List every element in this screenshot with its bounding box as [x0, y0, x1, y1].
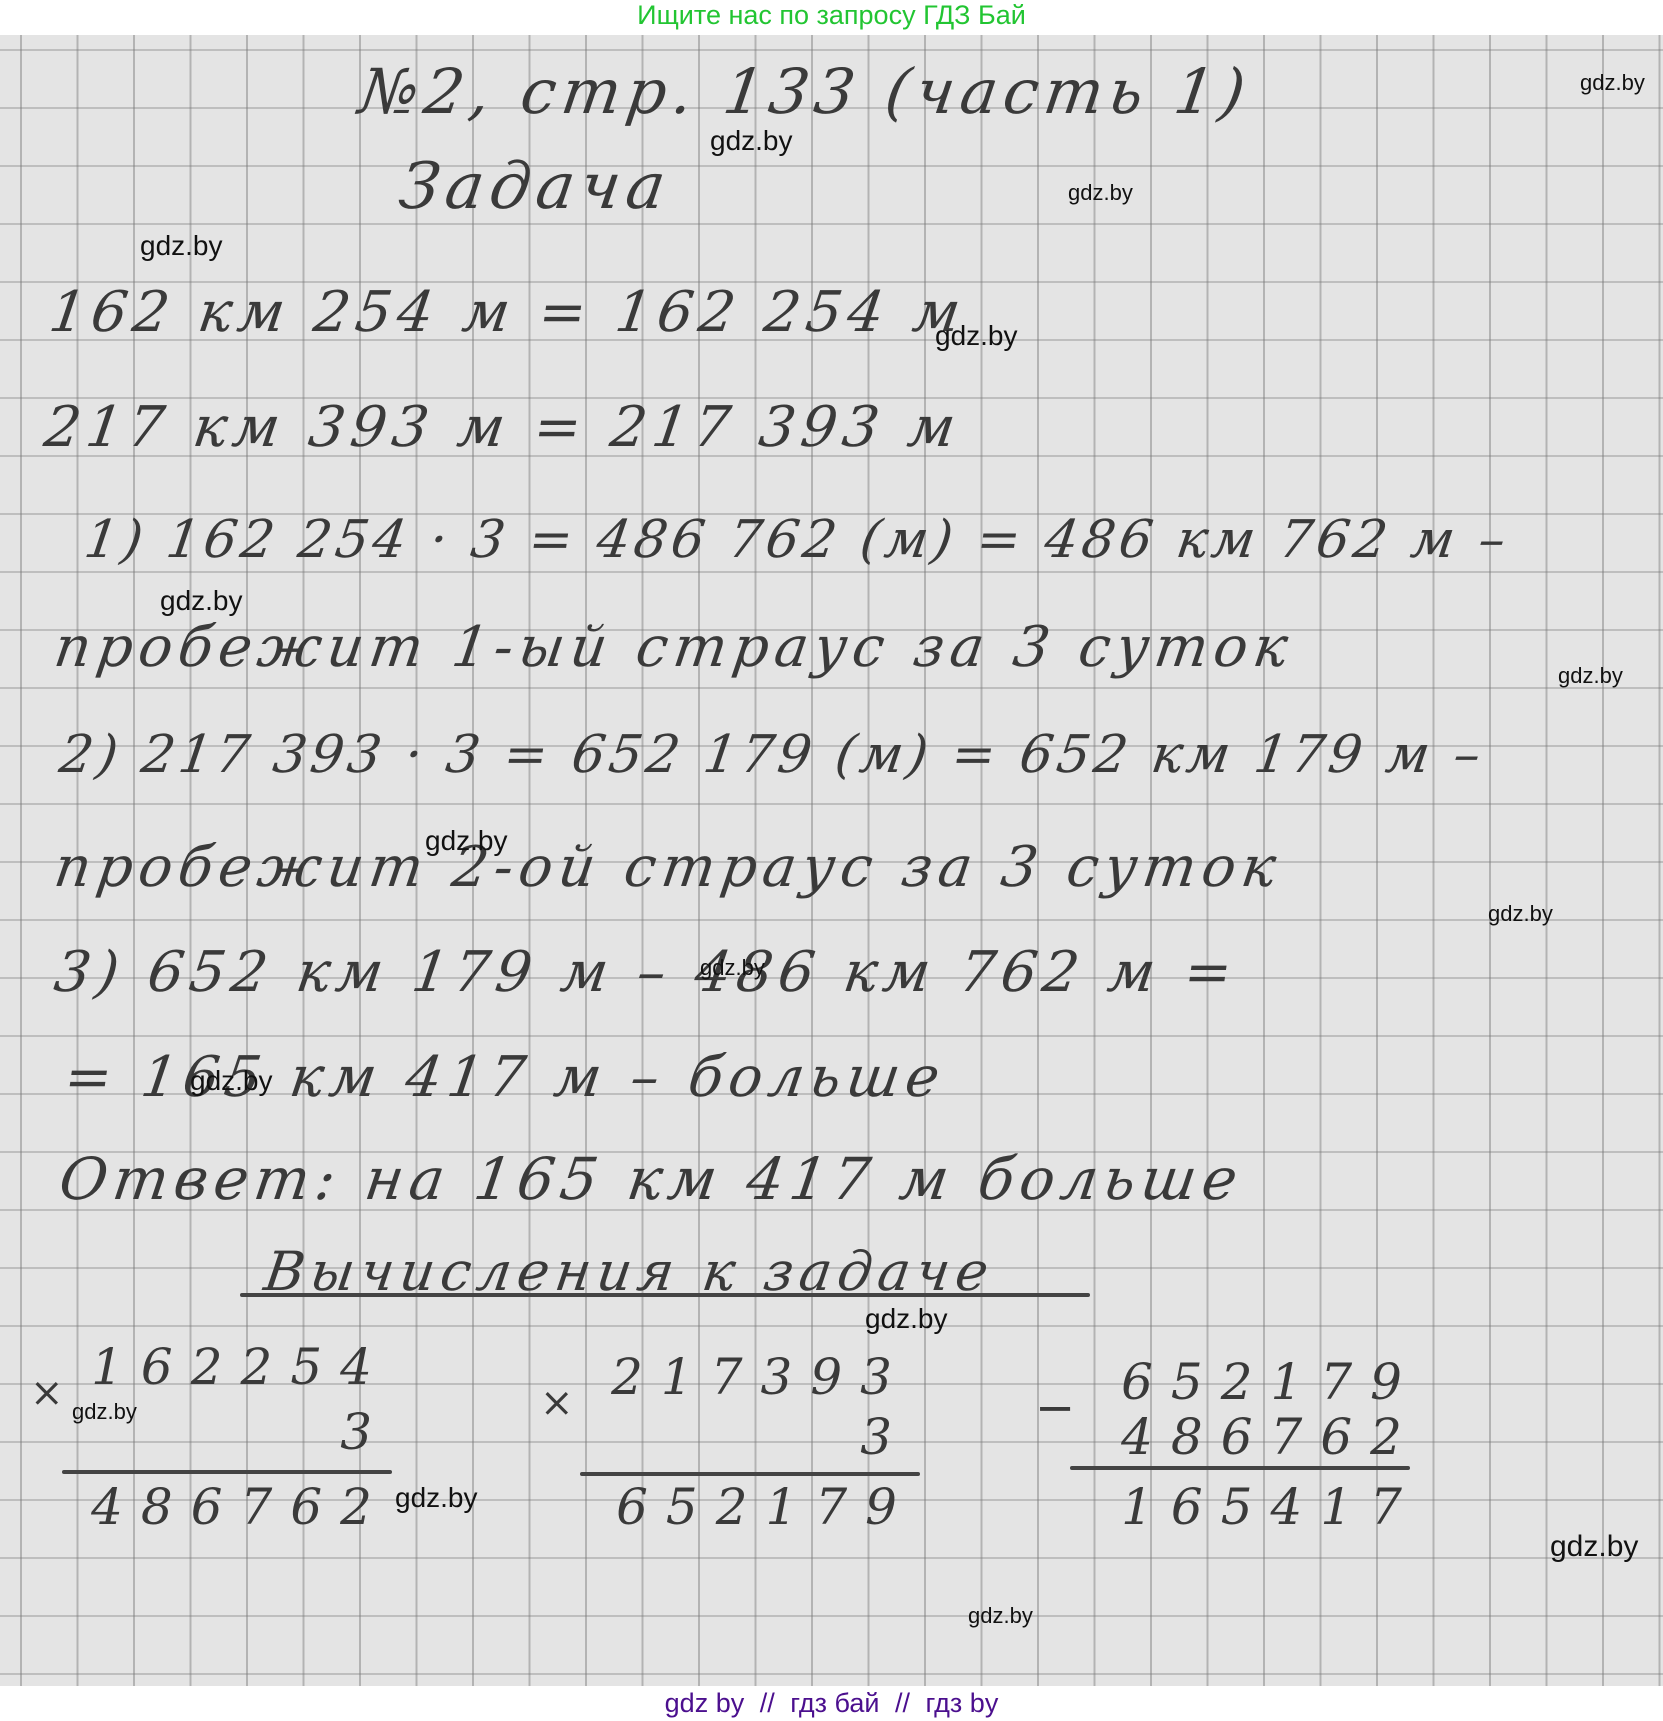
watermark: gdz.by: [935, 320, 1018, 352]
step-1-explanation: пробежит 1-ый страус за 3 суток: [50, 615, 1297, 680]
calc-2-result: 652179: [570, 1475, 915, 1539]
step-2-explanation: пробежит 2-ой страус за 3 суток: [50, 835, 1285, 900]
watermark: gdz.by: [710, 125, 793, 157]
watermark: gdz.by: [160, 585, 243, 617]
step-2-line: 2) 217 393 · 3 = 652 179 (м) = 652 км 17…: [56, 725, 1488, 785]
watermark: gdz.by: [1558, 663, 1623, 689]
calc-1-result: 486762: [50, 1475, 390, 1539]
footer-link-gdz-bai[interactable]: гдз бай: [790, 1688, 879, 1718]
calc-3-bottom: 486762: [1060, 1405, 1420, 1469]
watermark: gdz.by: [1488, 901, 1553, 927]
calc-1-top: 162254: [60, 1335, 390, 1399]
footer-link-gdz-by[interactable]: gdz by: [665, 1688, 745, 1718]
watermark: gdz.by: [865, 1303, 948, 1335]
watermark: gdz.by: [1550, 1530, 1638, 1564]
watermark: gdz.by: [395, 1482, 478, 1514]
watermark: gdz.by: [140, 230, 223, 262]
watermark: gdz.by: [1068, 180, 1133, 206]
task-subheading: Задача: [395, 150, 676, 224]
watermark: gdz.by: [700, 955, 765, 981]
notebook-page: №2, стр. 133 (часть 1) Задача 162 км 254…: [0, 35, 1663, 1686]
watermark: gdz.by: [968, 1603, 1033, 1629]
calc-2-bottom: 3: [580, 1405, 910, 1469]
watermark: gdz.by: [190, 1065, 273, 1097]
task-heading: №2, стр. 133 (часть 1): [355, 55, 1256, 128]
calc-1-rule: [62, 1470, 392, 1474]
watermark: gdz.by: [72, 1399, 137, 1425]
calc-2-top: 217393: [580, 1345, 910, 1409]
calc-3-rule: [1070, 1466, 1410, 1470]
footer-links: gdz by // гдз бай // гдз by: [0, 1688, 1663, 1721]
footer-separator: //: [760, 1688, 775, 1718]
search-hint-banner: Ищите нас по запросу ГДЗ Бай: [0, 0, 1663, 34]
footer-link-gdz-by-cyr[interactable]: гдз by: [926, 1688, 999, 1718]
multiply-sign-1: ×: [30, 1370, 64, 1416]
multiply-sign-2: ×: [540, 1380, 574, 1426]
footer-separator: //: [895, 1688, 910, 1718]
conversion-line-1: 162 км 254 м = 162 254 м: [45, 280, 970, 345]
calc-3-result: 165417: [1060, 1475, 1420, 1539]
calculations-title-underline: [240, 1293, 1090, 1297]
answer-line: Ответ: на 165 км 417 м больше: [55, 1145, 1247, 1213]
conversion-line-2: 217 км 393 м = 217 393 м: [40, 395, 965, 460]
step-1-line: 1) 162 254 · 3 = 486 762 (м) = 486 км 76…: [81, 510, 1513, 570]
watermark: gdz.by: [425, 825, 508, 857]
step-3-line: 3) 652 км 179 м – 486 км 762 м =: [50, 940, 1242, 1005]
watermark: gdz.by: [1580, 70, 1645, 96]
